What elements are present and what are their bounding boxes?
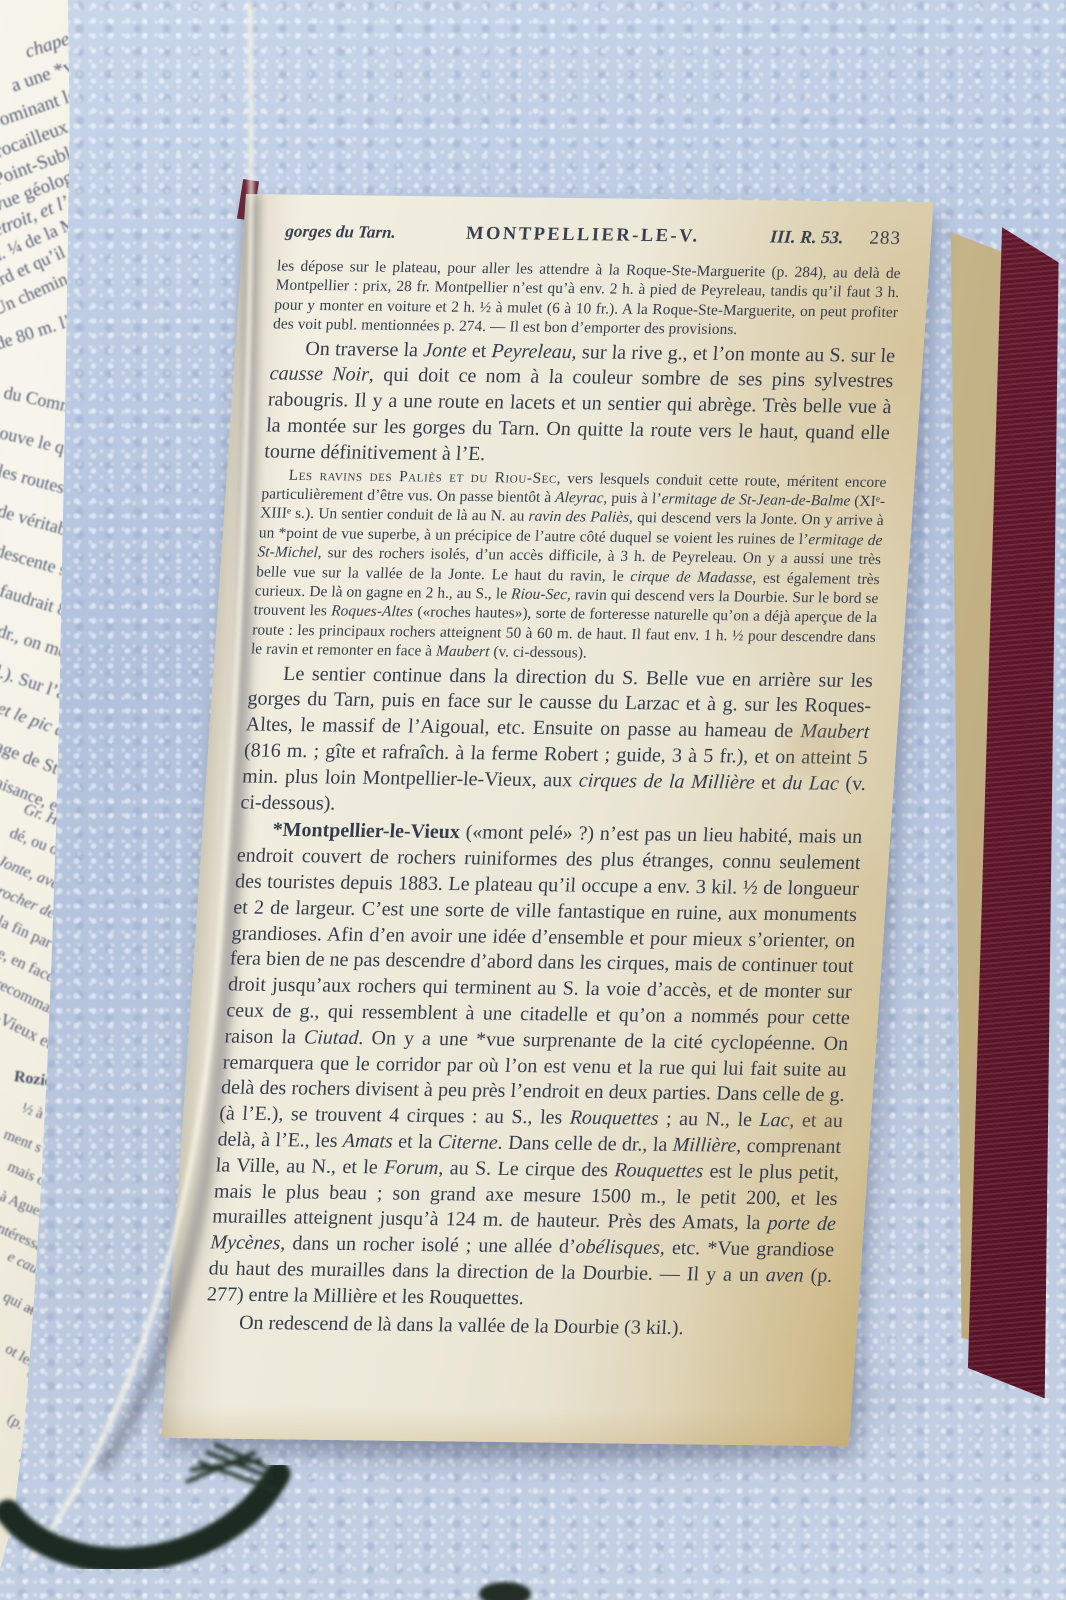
page-inner: gorges du Tarn. MONTPELLIER-LE-V. III. R…: [161, 194, 933, 1446]
left-page-text-fragment: mais coûte le même pri: [5, 1159, 140, 1231]
left-page-section-heading: Rozier à Millau.: [13, 1068, 125, 1101]
runhead-page-number: 283: [869, 228, 902, 250]
paragraph: On traverse la Jonte et Peyreleau, sur l…: [264, 336, 896, 473]
left-page-text-fragment: kil., en 7 à 12 h., m: [16, 1451, 115, 1525]
page-text: les dépose sur le plateau, pour aller le…: [204, 256, 901, 1343]
paragraph: On redescend de là dans la vallée de la …: [204, 1310, 829, 1343]
paragraph: *Montpellier-le-Vieux («mont pelé» ?) n’…: [206, 818, 863, 1316]
left-page-text-fragment: recommandé), que dan: [0, 975, 131, 1055]
right-page: gorges du Tarn. MONTPELLIER-LE-V. III. R…: [161, 194, 933, 1446]
left-page-text-fragment: (p. 273). — 22 kil.: [4, 1411, 110, 1482]
photo-scene: gorges du Tarn. MONTPELLIER-LE-V. III. R…: [0, 0, 1066, 1600]
runhead-route-ref: III. R. 53.: [769, 226, 844, 248]
paragraph: les dépose sur le plateau, pour aller le…: [272, 256, 901, 341]
left-page-text-fragment: rocher de Capluc (610: [0, 883, 135, 956]
left-page-text-fragment: e, à cause de l’état des c: [33, 1482, 152, 1574]
left-page-text-fragment: Jonte, avec un pont sur: [0, 853, 139, 925]
left-page-running-head: ROZIER.: [93, 0, 176, 22]
left-page-text-fragment: ment s’arrêter à la stat: [1, 1127, 131, 1193]
running-head: gorges du Tarn. MONTPELLIER-LE-V. III. R…: [285, 221, 902, 251]
runhead-title: MONTPELLIER-LE-V.: [395, 223, 771, 249]
runhead-chapter: gorges du Tarn.: [285, 222, 397, 243]
left-page-text-fragment: chapelle St-Hilaire (pèle: [23, 0, 208, 63]
left-page-text-fragment: la fin par des échelles et: [0, 913, 142, 992]
paragraph: Le sentier continue dans la direction du…: [240, 661, 874, 823]
paragraph: Les ravins des Paliès et du Riou-Sec, ve…: [250, 465, 887, 667]
ribbon-tip-at-bottom-edge: [479, 1582, 531, 1600]
left-page-text-fragment: ot les énormes ruines r: [2, 1341, 128, 1424]
